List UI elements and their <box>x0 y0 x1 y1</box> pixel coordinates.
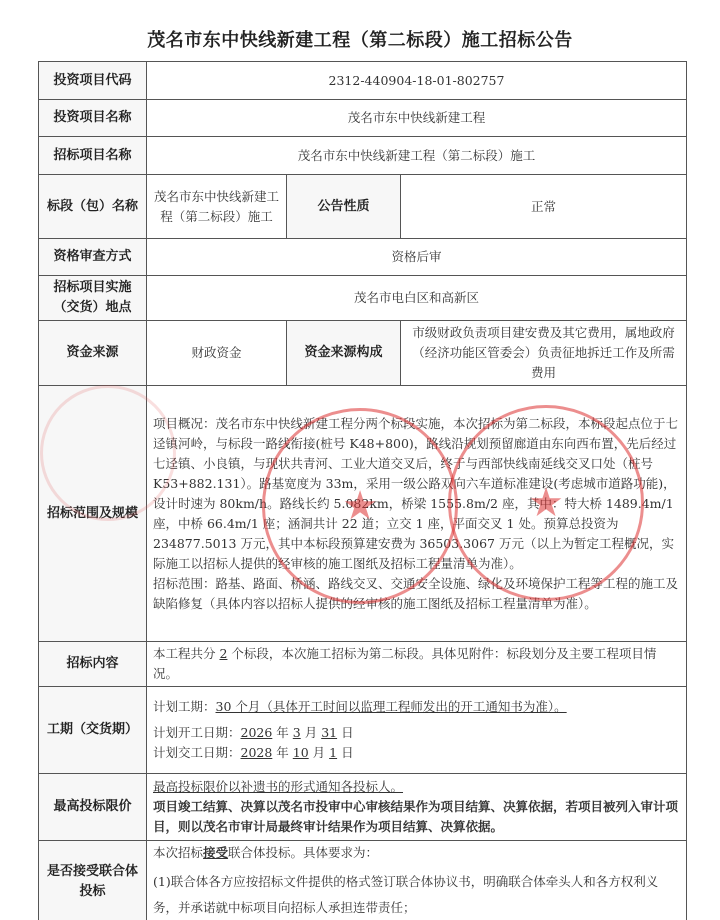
row-section: 标段（包）名称 茂名市东中快线新建工程（第二标段）施工 公告性质 正常 <box>39 175 687 239</box>
notice-type-label: 公告性质 <box>287 175 401 239</box>
max-price-label: 最高投标限价 <box>39 774 147 841</box>
content-prefix: 本工程共分 <box>153 646 219 661</box>
content-suffix: 个标段，本次施工招标为第二标段。具体见附件：标段划分及主要工程项目情况。 <box>153 646 656 681</box>
page-title: 茂名市东中快线新建工程（第二标段）施工招标公告 <box>0 26 720 52</box>
content-value: 本工程共分 2 个标段，本次施工招标为第二标段。具体见附件：标段划分及主要工程项… <box>147 642 687 687</box>
month-unit: 月 <box>309 745 329 760</box>
project-name-label: 投资项目名称 <box>39 100 147 137</box>
end-year: 2028 <box>241 745 273 760</box>
consortium-suffix: 联合体投标。具体要求为： <box>228 845 378 860</box>
row-consortium: 是否接受联合体投标 本次招标接受联合体投标。具体要求为： (1)联合体各方应按招… <box>39 841 687 920</box>
consortium-accept: 接受 <box>203 845 228 860</box>
period-label: 工期（交货期） <box>39 687 147 774</box>
funding-source-value: 财政资金 <box>147 321 287 386</box>
scope-range: 招标范围：路基、路面、桥涵、路线交叉、交通安全设施、绿化及环境保护工程等工程的施… <box>153 574 680 614</box>
max-price-content: 最高投标限价以补遗书的形式通知各投标人。 项目竣工结算、决算以茂名市投审中心审核… <box>147 774 687 841</box>
notice-type-value: 正常 <box>401 175 687 239</box>
section-name-label: 标段（包）名称 <box>39 175 147 239</box>
row-tender-name: 招标项目名称 茂名市东中快线新建工程（第二标段）施工 <box>39 137 687 175</box>
duration-value: 30 个月（具体开工时间以监理工程师发出的开工通知书为准）。 <box>216 699 567 714</box>
content-label: 招标内容 <box>39 642 147 687</box>
end-day: 1 <box>329 745 337 760</box>
max-price-settlement: 项目竣工结算、决算以茂名市投审中心审核结果作为项目结算、决算依据，若项目被列入审… <box>153 797 680 837</box>
qualification-value: 资格后审 <box>147 239 687 276</box>
tender-notice-table: 投资项目代码 2312-440904-18-01-802757 投资项目名称 茂… <box>38 61 687 920</box>
qualification-label: 资格审查方式 <box>39 239 147 276</box>
consortium-content: 本次招标接受联合体投标。具体要求为： (1)联合体各方应按招标文件提供的格式签订… <box>147 841 687 920</box>
end-month: 10 <box>293 745 309 760</box>
scope-overview: 项目概况：茂名市东中快线新建工程分两个标段实施，本次招标为第二标段，本标段起点位… <box>153 414 680 574</box>
start-day: 31 <box>321 725 337 740</box>
day-unit: 日 <box>337 745 353 760</box>
row-location: 招标项目实施（交货）地点 茂名市电白区和高新区 <box>39 276 687 321</box>
end-prefix: 计划交工日期： <box>153 745 241 760</box>
funding-source-label: 资金来源 <box>39 321 147 386</box>
location-value: 茂名市电白区和高新区 <box>147 276 687 321</box>
year-unit: 年 <box>272 725 292 740</box>
month-unit: 月 <box>301 725 321 740</box>
row-project-name: 投资项目名称 茂名市东中快线新建工程 <box>39 100 687 137</box>
row-max-price: 最高投标限价 最高投标限价以补遗书的形式通知各投标人。 项目竣工结算、决算以茂名… <box>39 774 687 841</box>
row-qualification: 资格审查方式 资格后审 <box>39 239 687 276</box>
max-price-notice: 最高投标限价以补遗书的形式通知各投标人。 <box>153 777 680 797</box>
scope-label: 招标范围及规模 <box>39 386 147 642</box>
consortium-label: 是否接受联合体投标 <box>39 841 147 920</box>
funding-composition-value: 市级财政负责项目建安费及其它费用，属地政府（经济功能区管委会）负责征地拆迁工作及… <box>401 321 687 386</box>
project-code-label: 投资项目代码 <box>39 62 147 100</box>
scope-content: 项目概况：茂名市东中快线新建工程分两个标段实施，本次招标为第二标段，本标段起点位… <box>147 386 687 642</box>
consortium-item-1: (1)联合体各方应按招标文件提供的格式签订联合体协议书，明确联合体牵头人和各方权… <box>153 869 680 920</box>
row-project-code: 投资项目代码 2312-440904-18-01-802757 <box>39 62 687 100</box>
funding-composition-label: 资金来源构成 <box>287 321 401 386</box>
day-unit: 日 <box>337 725 353 740</box>
project-name-value: 茂名市东中快线新建工程 <box>147 100 687 137</box>
period-content: 计划工期：30 个月（具体开工时间以监理工程师发出的开工通知书为准）。 计划开工… <box>147 687 687 774</box>
project-code-value: 2312-440904-18-01-802757 <box>147 62 687 100</box>
tender-name-label: 招标项目名称 <box>39 137 147 175</box>
section-name-value: 茂名市东中快线新建工程（第二标段）施工 <box>147 175 287 239</box>
duration-prefix: 计划工期： <box>153 699 216 714</box>
year-unit: 年 <box>272 745 292 760</box>
tender-name-value: 茂名市东中快线新建工程（第二标段）施工 <box>147 137 687 175</box>
row-scope: 招标范围及规模 项目概况：茂名市东中快线新建工程分两个标段实施，本次招标为第二标… <box>39 386 687 642</box>
consortium-prefix: 本次招标 <box>153 845 203 860</box>
location-label: 招标项目实施（交货）地点 <box>39 276 147 321</box>
row-funding: 资金来源 财政资金 资金来源构成 市级财政负责项目建安费及其它费用，属地政府（经… <box>39 321 687 386</box>
start-year: 2026 <box>241 725 273 740</box>
start-month: 3 <box>293 725 301 740</box>
row-period: 工期（交货期） 计划工期：30 个月（具体开工时间以监理工程师发出的开工通知书为… <box>39 687 687 774</box>
start-prefix: 计划开工日期： <box>153 725 241 740</box>
row-content: 招标内容 本工程共分 2 个标段，本次施工招标为第二标段。具体见附件：标段划分及… <box>39 642 687 687</box>
